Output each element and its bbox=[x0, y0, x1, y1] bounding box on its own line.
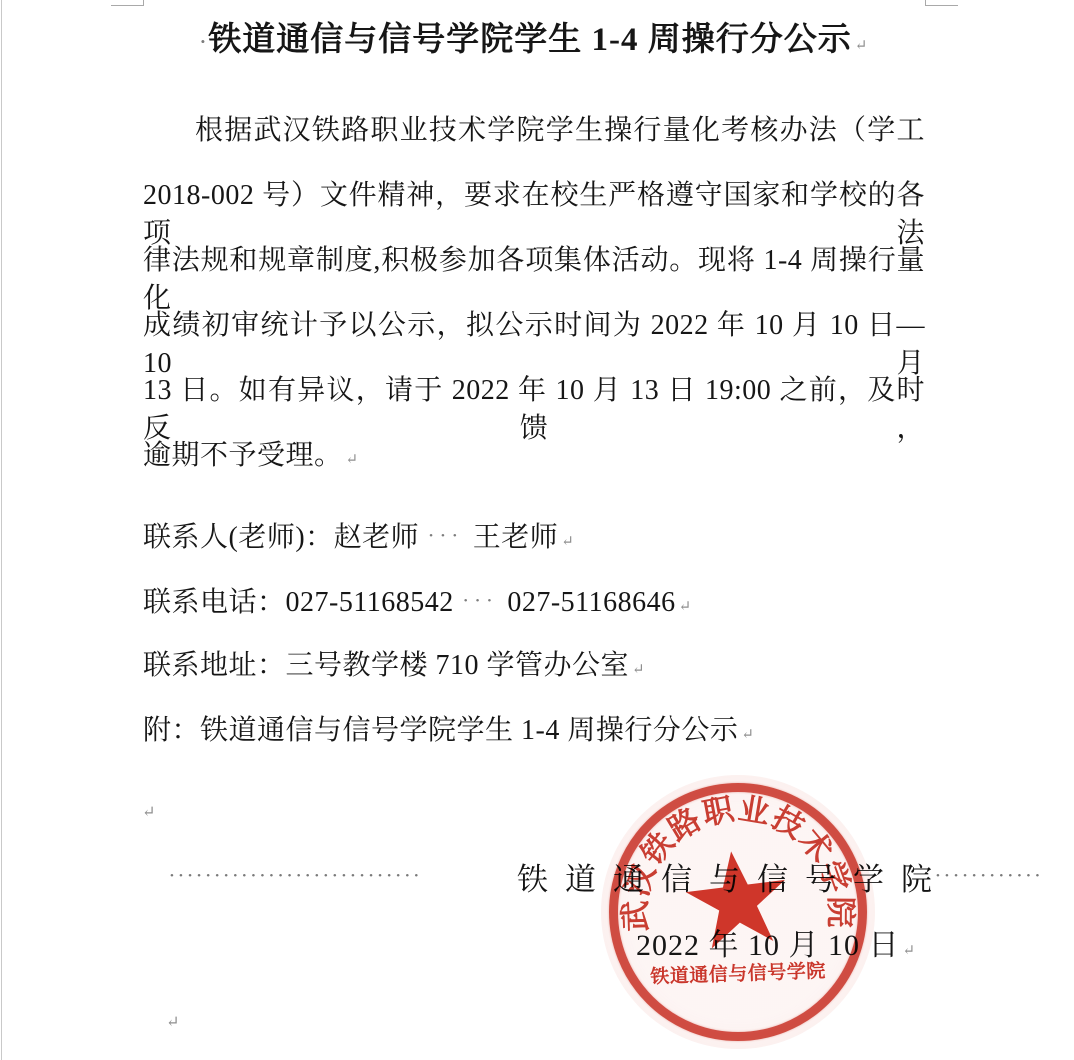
body-line-text: 逾期不予受理。 bbox=[143, 440, 343, 471]
paragraph-mark-icon: ↵ bbox=[741, 727, 754, 743]
stamp-arc-text-svg: 武汉铁路职业技术学院 bbox=[609, 783, 867, 1041]
body-line: 逾期不予受理。↵ bbox=[143, 437, 925, 477]
contact-phone-first: 联系电话：027-51168542 bbox=[143, 587, 454, 618]
margin-crop-mark-right bbox=[925, 0, 958, 6]
paragraph-mark-icon: ↵ bbox=[561, 534, 574, 550]
signature-department-name: 铁道通信与信号学院 bbox=[517, 861, 949, 899]
contact-phone-line: 联系电话：027-51168542•••027-51168646↵ bbox=[143, 582, 943, 626]
leader-dots-left: •••••••••••••••••••••••••••• bbox=[170, 868, 514, 884]
leader-dots-right: •••••••••••• bbox=[936, 868, 1074, 884]
paragraph-mark-icon: ↵ bbox=[903, 943, 916, 959]
signature-date-text: 2022 年 10 月 10 日 bbox=[636, 929, 900, 962]
paragraph-mark-icon: ↵ bbox=[142, 802, 155, 822]
contact-person-line: 联系人(老师)：赵老师•••王老师↵ bbox=[143, 517, 943, 561]
margin-crop-mark-left bbox=[111, 0, 144, 6]
contact-address-line: 联系地址：三号教学楼 710 学管办公室↵ bbox=[143, 647, 943, 689]
space-format-marks: ••• bbox=[464, 595, 500, 607]
body-line: 2018-002 号）文件精神，要求在校生严格遵守国家和学校的各项法 bbox=[143, 177, 925, 217]
paragraph-mark-icon: ↵ bbox=[855, 38, 868, 54]
contact-person-second: 王老师 bbox=[473, 522, 559, 553]
paragraph-mark-icon: ↵ bbox=[166, 1012, 179, 1032]
contact-phone-second: 027-51168646 bbox=[507, 587, 675, 618]
body-line: 根据武汉铁路职业技术学院学生操行量化考核办法（学工 bbox=[143, 112, 925, 152]
paragraph-mark-icon: ↵ bbox=[679, 599, 692, 615]
stamp-ink-blush bbox=[601, 775, 875, 1049]
paragraph-mark-icon: ↵ bbox=[346, 452, 359, 468]
document-title-row: •铁道通信与信号学院学生 1-4 周操行分公示↵ bbox=[143, 20, 925, 66]
contact-person-label: 联系人(老师)：赵老师 bbox=[143, 522, 419, 553]
space-format-marks: ••• bbox=[429, 530, 465, 542]
page-edge-line bbox=[1, 0, 2, 1060]
signature-date: 2022 年 10 月 10 日↵ bbox=[636, 927, 915, 970]
body-line: 律法规和规章制度,积极参加各项集体活动。现将 1-4 周操行量化 bbox=[143, 242, 925, 282]
body-line: 13 日。如有异议，请于 2022 年 10 月 13 日 19:00 之前，及… bbox=[143, 372, 925, 412]
contact-address-text: 联系地址：三号教学楼 710 学管办公室 bbox=[143, 650, 629, 681]
space-format-mark: • bbox=[201, 34, 206, 49]
document-title: 铁道通信与信号学院学生 1-4 周操行分公示 bbox=[208, 22, 852, 58]
attachment-line: 附：铁道通信与信号学院学生 1-4 周操行分公示↵ bbox=[143, 712, 943, 754]
official-seal-stamp: 武汉铁路职业技术学院 铁道通信与信号学院 bbox=[609, 783, 867, 1041]
body-line: 成绩初审统计予以公示，拟公示时间为 2022 年 10 月 10 日—10 月 bbox=[143, 307, 925, 347]
document-page: •铁道通信与信号学院学生 1-4 周操行分公示↵ 根据武汉铁路职业技术学院学生操… bbox=[0, 0, 1074, 1060]
attachment-text: 附：铁道通信与信号学院学生 1-4 周操行分公示 bbox=[143, 715, 738, 746]
paragraph-mark-icon: ↵ bbox=[632, 662, 645, 678]
stamp-ring bbox=[609, 783, 867, 1041]
